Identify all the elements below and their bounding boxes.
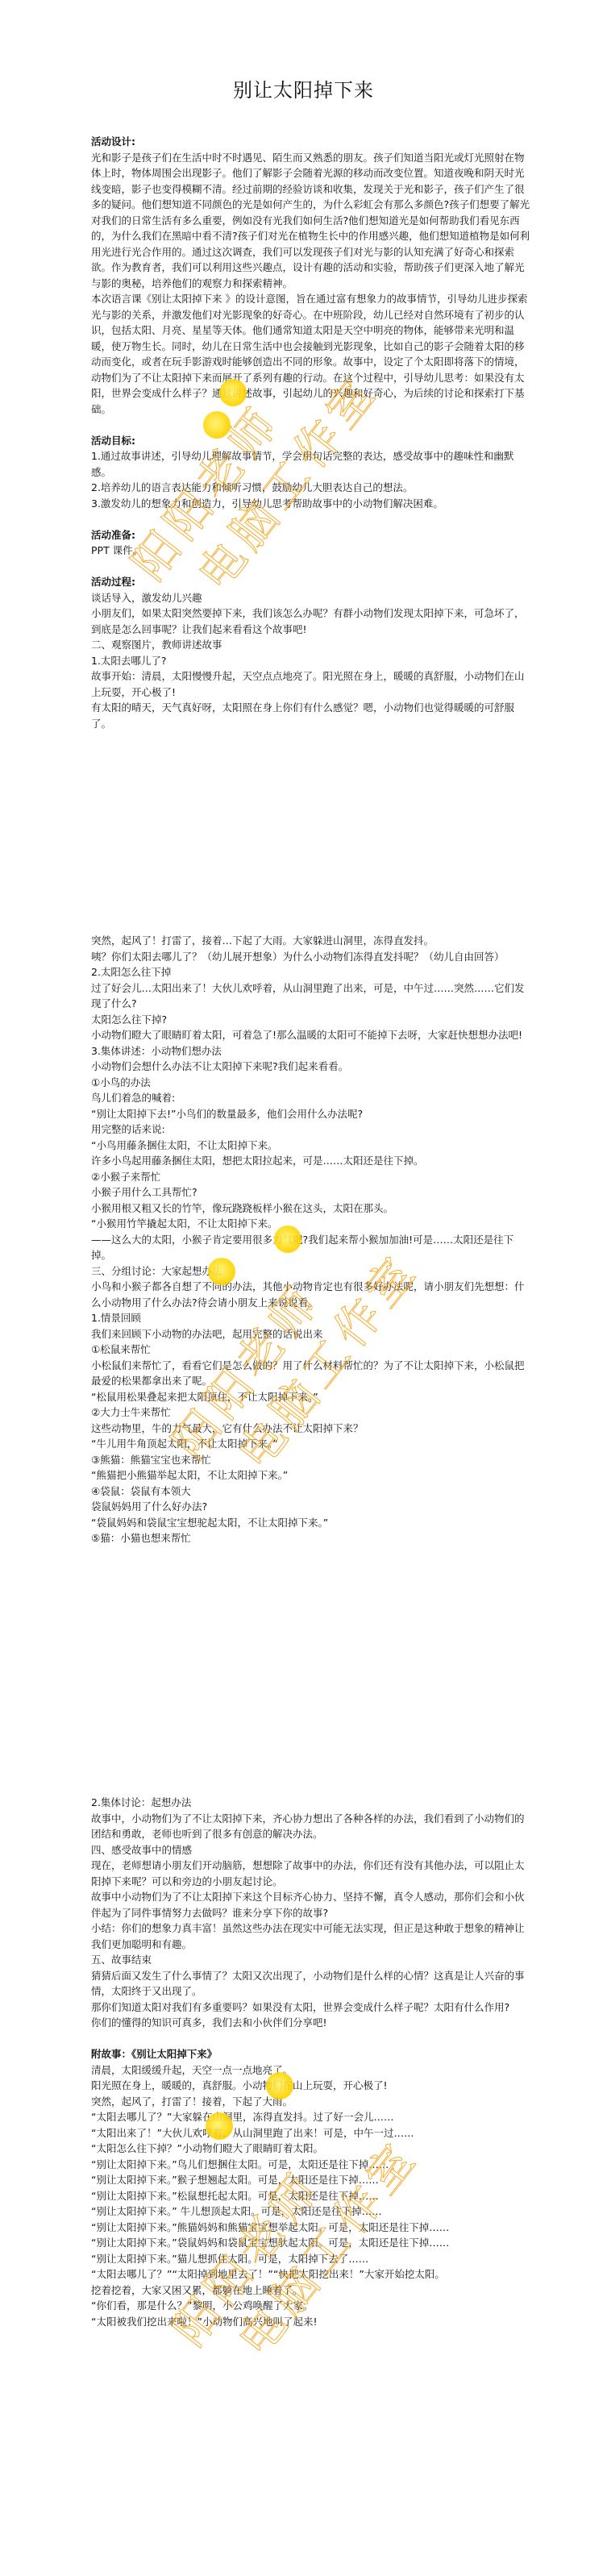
process-line: 2.太阳怎么往下掉 — [91, 964, 530, 980]
section-heading-story: 附故事：《别让太阳掉下来》 — [91, 2046, 530, 2062]
process-line: 鸟儿们着急的喊着: — [91, 1090, 530, 1106]
process-line: 过了好会儿…太阳出来了！大伙儿欢呼着，从山洞里跑了出来，可是，中午过……突然……… — [91, 980, 530, 1012]
content-block-discussion-story: 2.集体讨论：起想办法 故事中，小动物们为了不让太阳掉下来，齐心协力想出了各种各… — [91, 1795, 530, 2329]
process-line: ⑤猫：小猫也想来帮忙 — [91, 1530, 530, 1546]
process-line: 四、感受故事中的情感 — [91, 1842, 530, 1858]
process-line: 太阳怎么往下掉? — [91, 1012, 530, 1028]
process-line: ①松鼠来帮忙 — [91, 1342, 530, 1358]
process-line: 那你们知道太阳对我们有多重要吗？如果没有太阳，世界会变成什么样子呢？太阳有什么作… — [91, 2000, 530, 2016]
process-line: 这些动物里，牛的力气最大，它有什么办法不让太阳掉下来？ — [91, 1421, 530, 1437]
process-line: 故事开始：清晨，太阳慢慢升起，天空点点地亮了。阳光照在身上，暖暖的真舒服，小动物… — [91, 668, 530, 700]
story-line: 阳光照在身上，暖暖的，真舒服。小动物们在山上玩耍，开心极了! — [91, 2078, 530, 2094]
process-line: “别让太阳掉下去!”小鸟们的数量最多，他们会用什么办法呢? — [91, 1106, 530, 1122]
process-line: “松鼠用松果叠起来把太阳顶住，不让太阳掉下来。” — [91, 1389, 530, 1405]
section-heading-goals: 活动目标: — [91, 433, 530, 449]
process-line: 小动物们会想什么办法不让太阳掉下来呢?我们起来看看。 — [91, 1059, 530, 1075]
process-line: “小鸟用藤条捆住太阳，不让太阳掉下来。 — [91, 1138, 530, 1154]
story-line: “太阳被我们挖出来啦！”小动物们高兴地叫了起来! — [91, 2314, 530, 2330]
story-line: “别让太阳掉下来。”鸟儿们想捆住太阳。可是，太阳还是往下掉…… — [91, 2157, 530, 2173]
story-line: “太阳出来了！”大伙儿欢呼着，从山洞里跑了出来！可是，中午一过…… — [91, 2125, 530, 2141]
story-line: 清晨，太阳缓缓升起，天空一点一点地亮了。 — [91, 2062, 530, 2079]
process-line: ②小猴子来帮忙 — [91, 1169, 530, 1185]
process-line: ②大力士牛来帮忙 — [91, 1405, 530, 1421]
story-line: “别让太阳掉下来。”猴子想翘起太阳。可是，太阳还是往下掉…… — [91, 2172, 530, 2188]
process-line: “牛儿用牛角顶起太阳，不让太阳掉下来。” — [91, 1436, 530, 1452]
process-line: 小猴子用什么工具帮忙? — [91, 1184, 530, 1201]
process-line: 1.太阳去哪儿了? — [91, 653, 530, 669]
prep-text: PPT 课件。 — [91, 543, 530, 559]
document-title: 别让太阳掉下来 — [0, 74, 607, 102]
story-line: “别让太阳掉下来。”猫儿想抓住太阳。可是，太阳掉下去了…… — [91, 2251, 530, 2267]
process-line: 突然，起风了！打雷了，接着…下起了大雨。大家躲进山洞里，冻得直发抖。 — [91, 933, 530, 949]
process-line: 袋鼠妈妈用了什么好办法? — [91, 1499, 530, 1515]
process-line: 小鸟和小猴子都各自想了不同的办法，其他小动物肯定也有很多好办法呢，请小朋友们先想… — [91, 1279, 530, 1310]
section-heading-prep: 活动准备: — [91, 527, 530, 543]
content-block-intro: 活动设计: 光和影子是孩子们在生活中时不时遇见、陌生而又熟悉的朋友。孩子们知道当… — [91, 134, 530, 731]
story-line: 突然，起风了，打雷了！接着，下起了大雨。 — [91, 2094, 530, 2110]
content-block-process: 突然，起风了！打雷了，接着…下起了大雨。大家躲进山洞里，冻得直发抖。 咦？你们太… — [91, 933, 530, 1546]
process-line: “袋鼠妈妈和袋鼠宝宝想驼起太阳，不让太阳掉下来。” — [91, 1515, 530, 1531]
process-line: 你们的懂得的知识可真多，我们去和小伙伴们分享吧! — [91, 2015, 530, 2031]
process-line: 用完整的话来说: — [91, 1122, 530, 1138]
section-heading-design: 活动设计: — [91, 134, 530, 150]
process-line: 谈话导入，激发幼儿兴趣 — [91, 590, 530, 606]
process-line: 小动物们瞪大了眼睛盯着太阳，可着急了!那么温暖的太阳可不能掉下去呀，大家赶快想想… — [91, 1027, 530, 1043]
process-line: ④袋鼠：袋鼠有本领大 — [91, 1484, 530, 1500]
process-line: 三、分组讨论：大家起想办法 — [91, 1263, 530, 1280]
process-line: 小朋友们，如果太阳突然要掉下来，我们该怎么办呢？有群小动物们发现太阳掉下来，可急… — [91, 606, 530, 637]
process-line: 许多小鸟起用藤条捆住太阳，想把太阳拉起来，可是……太阳还是往下掉。 — [91, 1153, 530, 1169]
process-line: 五、故事结束 — [91, 1952, 530, 1968]
process-line: 2.集体讨论：起想办法 — [91, 1795, 530, 1811]
story-line: “太阳怎么往下掉？”小动物们瞪大了眼睛盯着太阳。 — [91, 2141, 530, 2157]
story-line: “别让太阳掉下来。”袋鼠妈妈和袋鼠宝宝想驮起太阳。可是，太阳还是往下掉…… — [91, 2235, 530, 2251]
goal-item: 2.培养幼儿的语言表达能力和倾听习惯，鼓励幼儿大胆表达自己的想法。 — [91, 480, 530, 496]
process-line: 故事中小动物们为了不让太阳掉下来这个目标齐心协力、坚持不懈，真令人感动，那你们会… — [91, 1889, 530, 1921]
goal-item: 3.激发幼儿的想象力和创造力，引导幼儿思考帮助故事中的小动物们解决困难。 — [91, 496, 530, 512]
process-line: 小结：你们的想象力真丰富！虽然这些办法在现实中可能无法实现，但正是这种敢于想象的… — [91, 1921, 530, 1952]
process-line: 猜猜后面又发生了什么事情了？太阳又次出现了，小动物们是什么样的心情？这真是让人兴… — [91, 1968, 530, 2000]
goal-item: 1.通过故事讲述，引导幼儿理解故事情节，学会用句话完整的表达，感受故事中的趣味性… — [91, 448, 530, 480]
process-line: ③熊猫：熊猫宝宝也来帮忙 — [91, 1452, 530, 1468]
process-line: “小猴用竹竿撬起太阳，不让太阳掉下来。 — [91, 1216, 530, 1232]
design-paragraph: 光和影子是孩子们在生活中时不时遇见、陌生而又熟悉的朋友。孩子们知道当阳光或灯光照… — [91, 150, 530, 292]
process-line: 现在，老师想请小朋友们开动脑筋，想想除了故事中的办法，你们还有没有其他办法，可以… — [91, 1858, 530, 1889]
process-line: “熊猫把小熊猫举起太阳，不让太阳掉下来。” — [91, 1467, 530, 1484]
story-line: “你们看，那是什么？”黎明，小公鸡唤醒了大家。 — [91, 2298, 530, 2314]
design-paragraph: 本次语言课《别让太阳掉下来 》的设计意图，旨在通过富有想象力的故事情节，引导幼儿… — [91, 291, 530, 417]
document-page: 别让太阳掉下来 活动设计: 光和影子是孩子们在生活中时不时遇见、陌生而又熟悉的朋… — [0, 0, 607, 2576]
process-line: 有太阳的晴天，天气真好呀，太阳照在身上你们有什么感觉？嗯，小动物们也觉得暖暖的可… — [91, 700, 530, 731]
story-line: “太阳去哪儿了？”大家躲在山洞里，冻得直发抖。过了好一会儿…… — [91, 2109, 530, 2125]
process-line: 1.情景回顾 — [91, 1310, 530, 1326]
process-line: 我们来回顾下小动物的办法吧，起用完整的话说出来 — [91, 1326, 530, 1342]
process-line: 故事中，小动物们为了不让太阳掉下来，齐心协力想出了各种各样的办法，我们看到了小动… — [91, 1811, 530, 1842]
process-line: 小猴用根又粗又长的竹竿，像玩跷跷板样小猴在这头，太阳在那头。 — [91, 1201, 530, 1217]
process-line: ①小鸟的办法 — [91, 1075, 530, 1091]
story-line: 挖着挖着，大家又困又累，都躺在地上睡着了。 — [91, 2283, 530, 2299]
process-line: 二、观察图片，教师讲述故事 — [91, 637, 530, 653]
story-line: “太阳去哪儿了？”“太阳掉到地里去了！”“快把太阳挖出来！”大家开始挖太阳。 — [91, 2266, 530, 2283]
process-line: 咦？你们太阳去哪儿了？（幼儿展开想象）为什么小动物们冻得直发抖呢？（幼儿自由回答… — [91, 949, 530, 965]
process-line: 3.集体讲述：小动物们想办法 — [91, 1043, 530, 1059]
process-line: ——这么大的太阳，小猴子肯定要用很多力气吧?我们起来帮小猴加加油!可是……太阳还… — [91, 1232, 530, 1263]
story-line: “别让太阳掉下来。”熊猫妈妈和熊猫宝宝想举起太阳。可是，太阳还是往下掉…… — [91, 2220, 530, 2236]
story-line: “别让太阳掉下来。”松鼠想托起太阳。可是，太阳还是往下掉…… — [91, 2188, 530, 2204]
section-heading-process: 活动过程: — [91, 574, 530, 590]
process-line: 小松鼠们来帮忙了，看看它们是怎么做的？用了什么材料帮忙的？为了不让太阳掉下来，小… — [91, 1358, 530, 1389]
story-line: “别让太阳掉下来。” 牛儿想顶起太阳。可是，太阳还是往下掉…… — [91, 2204, 530, 2220]
